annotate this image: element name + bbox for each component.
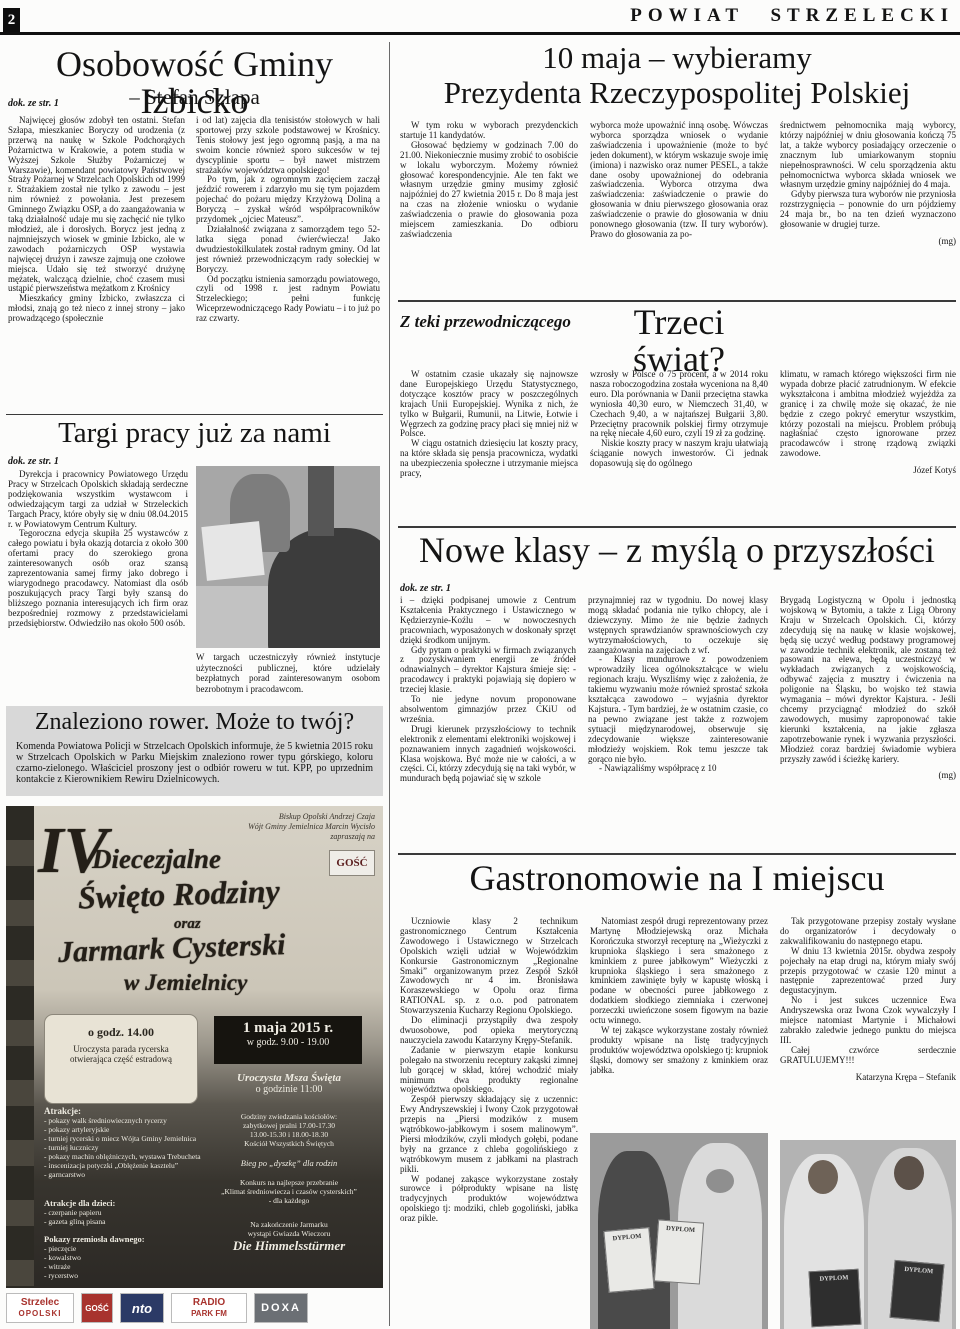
election-column-3: średnictwem pełnomocnika mają wyborcy, k… [780, 121, 956, 297]
paragraph: Uczniowie klasy 2 technikum gastronomicz… [400, 917, 578, 1016]
poster-kids-list: - czerpanie papieru- gazeta gliną pisana [44, 1208, 204, 1226]
article-title-gastronomowie: Gastronomowie na I miejscu [398, 860, 956, 897]
poster-side-strip [6, 806, 34, 1288]
students-plates-photo: DYPLOM DYPLOM [780, 1140, 956, 1329]
poster-family-run: Bieg po „dyszkę” dla rodzin [214, 1158, 364, 1168]
article-title-trzeci-swiat: Trzeci świat? [584, 304, 774, 379]
poster-date-ribbon: 1 maja 2015 r. w godz. 9.00 - 19.00 [214, 1016, 362, 1064]
radio-park-logo: RADIO PARK FM [171, 1293, 247, 1323]
poster-list-item: - pokazy walk średniowiecznych rycerzy [44, 1116, 204, 1125]
election-title-line2: Prezydenta Rzeczypospolitej Polskiej [398, 77, 956, 109]
paragraph: Do eliminacji przystąpiły dwa zespoły dw… [400, 1016, 578, 1046]
election-column-2: wyborca może upoważnić inną osobę. Wówcz… [590, 121, 768, 297]
poster-invite-mayor: Wójt Gminy Jemielnica Marcin Wycisło [248, 822, 375, 832]
poster-church-hours: zabytkowej pralni 17.00-17.30 [214, 1121, 364, 1130]
section-rule [398, 526, 956, 528]
poster-crafts-list: - pieczęcie- kowalstwo- witraże- rycerst… [44, 1244, 204, 1280]
paragraph: Dyrekcja i pracownicy Powiatowego Urzędu… [8, 470, 188, 529]
poster-hours: w godz. 9.00 - 19.00 [214, 1037, 362, 1048]
found-bike-title: Znaleziono rower. Może to twój? [6, 710, 383, 735]
poster-invite-bishop: Biskup Opolski Andrzej Czaja [248, 812, 375, 822]
poster-list-item: - inscenizacja potyczki „Oblężenie kaszt… [44, 1161, 204, 1170]
logo-text: RADIO [193, 1297, 225, 1308]
photo-banner-shape [308, 466, 334, 536]
poster-list-item: - turniej łuczniczy [44, 1143, 204, 1152]
poster-contest: „Klimat średniowiecza i czasów cysterski… [214, 1187, 364, 1196]
poster-list-item: - garncarstwo [44, 1170, 204, 1179]
paragraph: W tym roku w wyborach prezydenckich star… [400, 121, 578, 141]
article-subtitle-stefan-szlapa: – Stefan Szłapa [6, 87, 383, 109]
paragraph: Od początku istnienia samorządu powiatow… [196, 275, 380, 325]
poster-list-item: - rycerstwo [44, 1271, 204, 1280]
poster-church-hours: 13.00-15.30 i 18.00-18.30 [214, 1130, 364, 1139]
poster-list-item: - pieczęcie [44, 1244, 204, 1253]
poster-invite-phrase: zapraszają na [248, 832, 375, 842]
poster-title-word: w Jemielnicy [124, 970, 247, 996]
found-bike-body: Komenda Powiatowa Policji w Strzelcach O… [16, 741, 373, 785]
poster-band-name: Die Himmelsstürmer [214, 1238, 364, 1254]
diploma-certificate: DYPLOM [603, 1227, 654, 1293]
paragraph: wyborca może upoważnić inną osobę. Wówcz… [590, 121, 768, 240]
article-title-nowe-klasy: Nowe klasy – z myślą o przyszłości [398, 532, 956, 569]
paragraph: No i jest sukces uczennice Ewa Andryszew… [780, 996, 956, 1046]
paragraph: i od lat) zajęcia dla tenisistów stołowy… [196, 116, 380, 175]
paragraph: Działalność związana z samorządem tego 5… [196, 225, 380, 275]
section-rule [398, 853, 956, 855]
doxa-logo: DOXA [254, 1293, 308, 1323]
logo-text: PARK FM [191, 1308, 227, 1319]
paragraph: Całej czwórce serdecznie GRATULUJEMY!!! [780, 1046, 956, 1066]
diploma-certificate: DYPLOM [654, 1219, 704, 1284]
targi-column-1: Dyrekcja i pracownicy Powiatowego Urzędu… [8, 470, 188, 704]
poster-parade-text: Uroczysta parada rycerska [45, 1044, 197, 1054]
poster-parade-scroll: o godz. 14.00 Uroczysta parada rycerska … [44, 1014, 198, 1104]
poster-list-item: - witraże [44, 1262, 204, 1271]
poster-list-item: - czerpanie papieru [44, 1208, 204, 1217]
photo-head-shape [894, 1156, 924, 1190]
paragraph: Drugi kierunek przyszłościowy to technik… [400, 725, 576, 784]
column-divider [389, 42, 390, 1326]
paragraph: W ostatnim czasie ukazały się najnowsze … [400, 370, 578, 439]
paragraph: Tak przygotowane przepisy zostały wysłan… [780, 917, 956, 947]
paragraph: Po tym, jak z ogromnym zacięciem zaczął … [196, 175, 380, 225]
nowe-klasy-column-2: przynajmniej raz w tygodniu. Do nowej kl… [588, 596, 768, 848]
paragraph: Najwięcej głosów zdobył ten ostatni. Ste… [8, 116, 185, 294]
trzeci-swiat-column-2: wzrosły w Polsce o 75 procent, a w 2014 … [590, 370, 768, 506]
section-rule [6, 414, 383, 415]
paragraph: Józef Kotyś [780, 466, 956, 476]
osobowosc-column-2: i od lat) zajęcia dla tenisistów stołowy… [196, 116, 380, 413]
masthead-title: POWIAT STRZELECKI [630, 5, 954, 27]
poster-mass-title: Uroczysta Msza Święta [214, 1072, 364, 1084]
paragraph: W podanej zakąsce wykorzystane zostały s… [400, 1175, 578, 1225]
sponsor-logo-strip: Strzelec OPOLSKI GOŚĆ nto RADIO PARK FM … [6, 1292, 383, 1324]
paragraph: - Nawiązaliśmy współpracę z 10 [588, 764, 768, 774]
poster-contest: - dla każdego [214, 1196, 364, 1205]
poster-church-hours: Kościół Wszystkich Świętych [214, 1139, 364, 1148]
poster-list-item: - pokazy machin oblężniczych, wystawa Tr… [44, 1152, 204, 1161]
paragraph: Gdyby pierwsza tura wyborów nie przynios… [780, 190, 956, 230]
poster-attractions-list: - pokazy walk średniowiecznych rycerzy- … [44, 1116, 204, 1179]
paragraph: Natomiast zespół drugi reprezentowany pr… [590, 917, 768, 1026]
poster-crafts-title: Pokazy rzemiosła dawnego: [44, 1234, 204, 1244]
logo-text: OPOLSKI [18, 1308, 61, 1319]
paragraph: klimatu, w ramach którego większości fir… [780, 370, 956, 459]
jemielnica-fair-poster: Biskup Opolski Andrzej Czaja Wójt Gminy … [6, 806, 383, 1288]
paragraph: Zadanie w pierwszym etapie konkursu pole… [400, 1046, 578, 1096]
continued-from-note: dok. ze str. 1 [8, 456, 59, 467]
strzelec-opolski-logo: Strzelec OPOLSKI [6, 1293, 74, 1323]
poster-contest: Konkurs na najlepsze przebranie [214, 1178, 364, 1187]
paragraph: - Klasy mundurowe z powodzeniem wprowadz… [588, 655, 768, 764]
poster-parade-text: otwierająca część estradową [45, 1054, 197, 1064]
poster-mass-time: o godzinie 11:00 [214, 1084, 364, 1095]
photo-flyer-shape [201, 521, 264, 581]
paragraph: Gdy pytam o praktyki w firmach związanyc… [400, 646, 576, 696]
page-number: 2 [3, 8, 20, 32]
paragraph: średnictwem pełnomocnika mają wyborcy, k… [780, 121, 956, 190]
continued-from-note: dok. ze str. 1 [400, 583, 451, 594]
paragraph: W dniu 13 kwietnia 2015r. obydwa zespoły… [780, 947, 956, 997]
paragraph: i – dzięki podpisanej umowie z Centrum K… [400, 596, 576, 646]
diploma-certificate: DYPLOM [809, 1269, 862, 1328]
osobowosc-column-1: Najwięcej głosów zdobył ten ostatni. Ste… [8, 116, 185, 413]
students-diploma-photo: DYPLOM DYPLOM [590, 1133, 768, 1329]
gosc-logo: GOŚĆ [81, 1293, 113, 1323]
gastro-column-1: Uczniowie klasy 2 technikum gastronomicz… [400, 917, 578, 1325]
poster-title-word: Diecezjalne [92, 844, 221, 875]
paragraph: Brygadą Logistyczną w Opolu i jednostką … [780, 596, 956, 764]
poster-date: 1 maja 2015 r. [214, 1020, 362, 1037]
poster-list-item: - turniej rycerski o miecz Wójta Gminy J… [44, 1134, 204, 1143]
poster-parade-time: o godz. 14.00 [45, 1025, 197, 1040]
paragraph: (mg) [780, 237, 956, 247]
paragraph: Katarzyna Krępa – Stefanik [780, 1073, 956, 1083]
election-column-1: W tym roku w wyborach prezydenckich star… [400, 121, 578, 297]
paragraph: wzrosły w Polsce o 75 procent, a w 2014 … [590, 370, 768, 439]
nowe-klasy-column-1: i – dzięki podpisanej umowie z Centrum K… [400, 596, 576, 848]
paragraph: W tej zakąsce wykorzystane zostały równi… [590, 1026, 768, 1076]
paragraph: W ciągu ostatnich dziesięciu lat koszty … [400, 439, 578, 479]
poster-kids-title: Atrakcje dla dzieci: [44, 1198, 204, 1208]
paragraph: Zespół pierwszy składający się z uczenni… [400, 1095, 578, 1174]
article-title-targi-pracy: Targi pracy już za nami [6, 418, 383, 448]
job-fair-photo-caption: W targach uczestniczyły również instytuc… [196, 652, 380, 704]
election-title-line1: 10 maja – wybieramy [398, 42, 956, 74]
trzeci-swiat-column-1: W ostatnim czasie ukazały się najnowsze … [400, 370, 578, 506]
logo-text: Strzelec [21, 1297, 59, 1308]
poster-list-item: - gazeta gliną pisana [44, 1217, 204, 1226]
nowe-klasy-column-3: Brygadą Logistyczną w Opolu i jednostką … [780, 596, 956, 848]
newspaper-page: 2 POWIAT STRZELECKI Osobowość Gminy Izbi… [0, 0, 960, 1329]
gosc-niedzielny-logo: GOŚĆ [329, 850, 375, 876]
paragraph: Głosować będziemy w godzinach 7.00 do 21… [400, 141, 578, 240]
poster-church-hours: Godziny zwiedzania kościołów: [214, 1112, 364, 1121]
poster-title-word: Jarmark Cysterski [57, 928, 286, 970]
column-heading-z-teki: Z teki przewodniczącego [400, 312, 571, 332]
poster-attractions-title: Atrakcje: [44, 1106, 204, 1116]
paragraph: Tegoroczna edycja skupiła 25 wystawców z… [8, 529, 188, 628]
paragraph: To nie jedyne novum proponowane absolwen… [400, 695, 576, 725]
job-fair-photo [196, 466, 380, 648]
trzeci-swiat-column-3: klimatu, w ramach którego większości fir… [780, 370, 956, 512]
photo-person-shape [706, 1169, 734, 1193]
paragraph: przynajmniej raz w tygodniu. Do nowej kl… [588, 596, 768, 655]
article-title-osobowosc: Osobowość Gminy Izbicko [6, 46, 383, 121]
diploma-certificate: DYPLOM [890, 1260, 945, 1322]
poster-list-item: - kowalstwo [44, 1253, 204, 1262]
nto-logo: nto [120, 1293, 164, 1323]
gastro-column-2: Natomiast zespół drugi reprezentowany pr… [590, 917, 768, 1127]
photo-head-shape [808, 1160, 838, 1194]
poster-title-word: Święto Rodziny [77, 872, 280, 916]
poster-list-item: - pokazy artyleryjskie [44, 1125, 204, 1134]
poster-finale: Na zakończenie Jarmarku [214, 1220, 364, 1229]
paragraph: Niskie koszty pracy w naszym kraju ułatw… [590, 439, 768, 469]
gastro-column-3: Tak przygotowane przepisy zostały wysłan… [780, 917, 956, 1133]
poster-finale: wystąpi Gwiazda Wieczoru [214, 1229, 364, 1238]
paragraph: (mg) [780, 771, 956, 781]
header-rule [0, 32, 960, 35]
paragraph: Mieszkańcy gminy Izbicko, zwłaszcza ci m… [8, 294, 185, 324]
